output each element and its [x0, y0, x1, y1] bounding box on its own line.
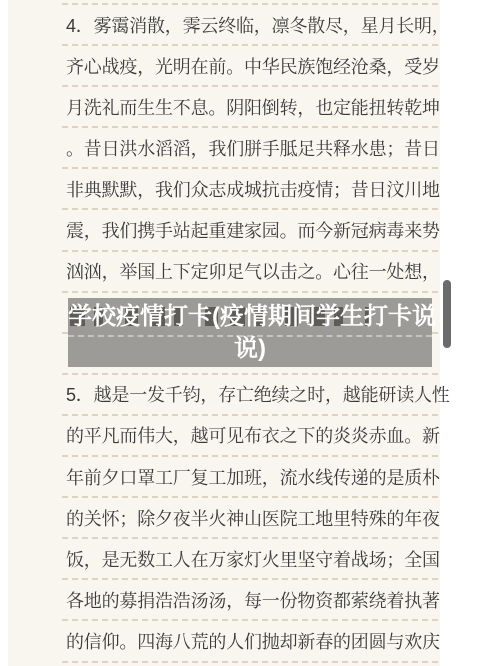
paragraph4-line: 汹汹，举国上下定卯足气以击之。心往一处想， — [62, 252, 438, 293]
paragraph5-line-text: 的信仰。四海八荒的人们抛却新春的团圆与欢庆 — [62, 628, 440, 654]
overlay-title-line1: 学校疫情打卡(疫情期间学生打卡说 — [68, 301, 432, 333]
paragraph4-line: 。昔日洪水滔滔，我们胼手胝足共释水患；昔日 — [62, 128, 438, 169]
paragraph4-line-text: 震，我们携手站起重建家园。而今新冠病毒来势 — [62, 217, 440, 243]
paragraph4-line-text: 月洗礼而生生不息。阴阳倒转，也定能扭转乾坤 — [62, 94, 440, 120]
paragraph4-line: 齐心战疫，光明在前。中华民族饱经沧桑，受岁 — [62, 46, 438, 87]
paragraph5-line: 各地的募捐浩浩汤汤，每一份物资都萦绕着执著 — [62, 580, 438, 621]
paragraph5-line-text: 各地的募捐浩浩汤汤，每一份物资都萦绕着执著 — [62, 587, 440, 613]
overlay-title-banner: 学校疫情打卡(疫情期间学生打卡说 说) — [68, 298, 432, 367]
paragraph4-line-text: 4．雾霭消散，霁云终临，凛冬散尽，星月长明， — [62, 12, 450, 38]
paragraph4-line: 震，我们携手站起重建家园。而今新冠病毒来势 — [62, 210, 438, 251]
scrollbar-thumb[interactable] — [443, 280, 451, 348]
paragraph5-line-text: 饭，是无数工人在万家灯火里坚守着战场；全国 — [62, 546, 440, 572]
paragraph5-line-text: 的关怀；除夕夜半火神山医院工地里特殊的年夜 — [62, 505, 440, 531]
article-page: 4．雾霭消散，霁云终临，凛冬散尽，星月长明， 齐心战疫，光明在前。中华民族饱经沧… — [0, 0, 500, 666]
paragraph5-line: 5．越是一发千钧，存亡绝续之时，越能研读人性 — [62, 375, 438, 416]
paragraph4-line: 月洗礼而生生不息。阴阳倒转，也定能扭转乾坤 — [62, 87, 438, 128]
paragraph5-line: 饭，是无数工人在万家灯火里坚守着战场；全国 — [62, 539, 438, 580]
paragraph4-line: 非典默默，我们众志成城抗击疫情；昔日汶川地 — [62, 169, 438, 210]
paragraph4-line-text: 齐心战疫，光明在前。中华民族饱经沧桑，受岁 — [62, 53, 440, 79]
paragraph4-line: 4．雾霭消散，霁云终临，凛冬散尽，星月长明， — [62, 5, 438, 46]
paragraph4-line-text: 汹汹，举国上下定卯足气以击之。心往一处想， — [62, 258, 440, 284]
overlay-title-line2: 说) — [68, 333, 432, 365]
paragraph5-line: 的关怀；除夕夜半火神山医院工地里特殊的年夜 — [62, 498, 438, 539]
paragraph5-line-text: 年前夕口罩工厂复工加班，流水线传递的是质朴 — [62, 464, 440, 490]
paragraph5-line: 年前夕口罩工厂复工加班，流水线传递的是质朴 — [62, 457, 438, 498]
paragraph5-line: 的信仰。四海八荒的人们抛却新春的团圆与欢庆 — [62, 621, 438, 662]
paragraph4-line-text: 非典默默，我们众志成城抗击疫情；昔日汶川地 — [62, 176, 440, 202]
paragraph5-line-text: 的平凡而伟大，越可见布衣之下的炎炎赤血。新 — [62, 422, 440, 448]
paragraph5-line: 的平凡而伟大，越可见布衣之下的炎炎赤血。新 — [62, 416, 438, 457]
paragraph5-line-text: 5．越是一发千钧，存亡绝续之时，越能研读人性 — [62, 381, 450, 407]
paragraph4-line-text: 。昔日洪水滔滔，我们胼手胝足共释水患；昔日 — [62, 135, 440, 161]
